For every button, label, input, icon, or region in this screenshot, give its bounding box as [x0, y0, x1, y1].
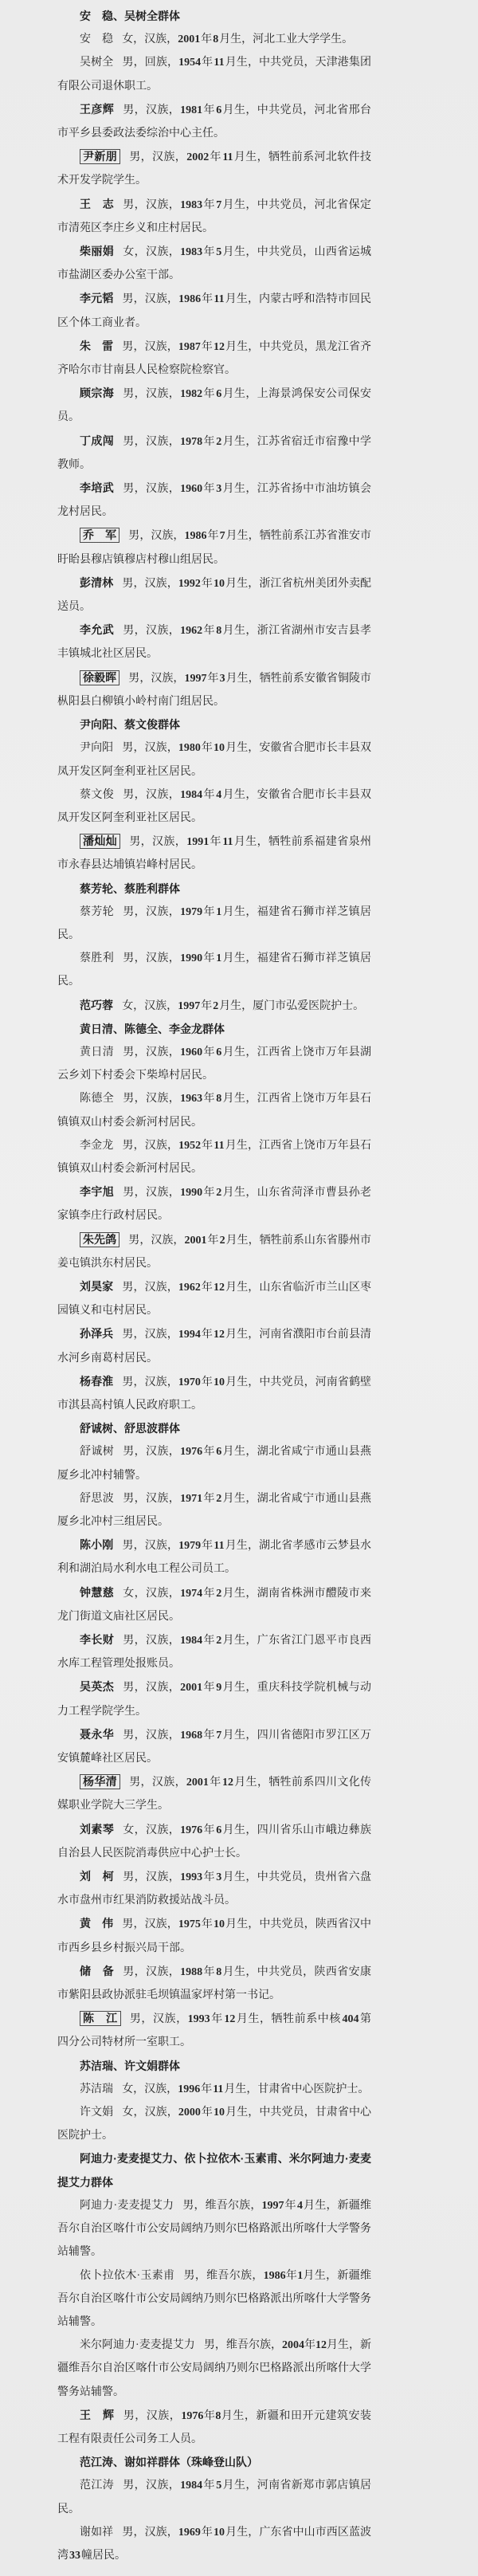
entry-paragraph: 许文娟女，汉族，2000 年 10 月生，中共党员，甘肃省中心医院护士。 [57, 2101, 371, 2147]
person-name-boxed: 尹新朋 [80, 149, 120, 164]
entry-paragraph: 舒诚树男，汉族，1976 年 6 月生，湖北省咸宁市通山县燕厦乡北冲村辅警。 [57, 1440, 371, 1486]
entry-paragraph: 尹向阳男，汉族，1980 年 10 月生，安徽省合肥市长丰县双凤开发区阿奎利亚社… [57, 736, 371, 783]
entry-paragraph: 李培武男，汉族，1960 年 3 月生，江苏省扬中市油坊镇会龙村居民。 [57, 477, 371, 524]
person-name: 蔡文俊 [80, 789, 114, 801]
entry-paragraph: 柴丽娟女，汉族，1983 年 5 月生，中共党员，山西省运城市盐湖区委办公室干部… [57, 240, 371, 287]
person-name: 范巧蓉 [80, 999, 113, 1011]
person-name: 钟慧慈 [80, 1586, 114, 1599]
person-name: 刘昊家 [80, 1280, 113, 1293]
entry-paragraph: 阿迪力·麦麦提艾力男，维吾尔族，1997 年 4 月生，新疆维吾尔自治区喀什市公… [57, 2194, 371, 2264]
entry-text: 女，汉族，1996 年 11 月生，甘肃省中心医院护士。 [122, 2083, 369, 2095]
person-name: 苏洁瑞 [80, 2083, 113, 2095]
person-name: 黄 伟 [80, 1917, 113, 1930]
entry-paragraph: 陈 江男，汉族，1993 年 12 月生，牺牲前系中核 404 第四分公司特材所… [57, 2007, 371, 2054]
entry-paragraph: 王 志男，汉族，1983 年 7 月生，中共党员，河北省保定市清苑区李庄乡义和庄… [57, 193, 371, 240]
person-name: 王 志 [80, 198, 114, 210]
person-name-boxed: 朱先鸽 [80, 1232, 119, 1247]
entry-paragraph: 顾宗海男，汉族，1982 年 6 月生，上海景鸿保安公司保安员。 [57, 382, 371, 429]
person-name: 李金龙 [80, 1140, 113, 1152]
entry-paragraph: 刘素琴女，汉族，1976 年 6 月生，四川省乐山市峨边彝族自治县人民医院消毒供… [57, 1818, 371, 1865]
group-heading: 安 稳、吴树全群体 [57, 5, 371, 28]
person-name: 李长财 [80, 1633, 114, 1646]
entry-paragraph: 李长财男，汉族，1984 年 2 月生，广东省江门恩平市良西水库工程管理处报账员… [57, 1628, 371, 1675]
group-heading: 黄日清、陈德全、李金龙群体 [57, 1018, 371, 1041]
entry-paragraph: 吴英杰男，汉族，2001 年 9 月生，重庆科技学院机械与动力工程学院学生。 [57, 1675, 371, 1722]
entry-paragraph: 杨华清男，汉族，2001 年 12 月生，牺牲前系四川文化传媒职业学院大三学生。 [57, 1770, 371, 1817]
person-name-boxed: 杨华清 [80, 1774, 120, 1789]
entry-paragraph: 舒思波男，汉族，1971 年 2 月生，湖北省咸宁市通山县燕厦乡北冲村三组居民。 [57, 1487, 371, 1533]
person-name: 朱 雷 [80, 340, 113, 352]
entry-paragraph: 黄日清男，汉族，1960 年 6 月生，江西省上饶市万年县湖云乡刘下村委会下柴埠… [57, 1041, 371, 1087]
entry-paragraph: 苏洁瑞女，汉族，1996 年 11 月生，甘肃省中心医院护士。 [57, 2078, 371, 2101]
person-name: 刘 柯 [80, 1870, 114, 1883]
person-name: 舒诚树 [80, 1446, 114, 1458]
entry-paragraph: 徐毅晖男，汉族，1997 年 3 月生，牺牲前系安徽省铜陵市枞阳县白柳镇小岭村南… [57, 666, 371, 713]
person-name: 李元韬 [80, 292, 113, 304]
person-name: 米尔阿迪力·麦麦提艾力 [80, 2339, 195, 2351]
person-name: 聂永华 [80, 1728, 114, 1741]
entry-paragraph: 蔡胜利男，汉族，1990 年 1 月生，福建省石狮市祥芝镇居民。 [57, 947, 371, 993]
person-name: 蔡胜利 [80, 952, 114, 964]
document-page: 安 稳、吴树全群体安 稳女，汉族，2001 年 8 月生，河北工业大学学生。吴树… [0, 0, 478, 2576]
entry-paragraph: 李宇旭男，汉族，1990 年 2 月生，山东省菏泽市曹县孙老家镇李庄行政村居民。 [57, 1180, 371, 1227]
person-name-boxed: 陈 江 [80, 2011, 121, 2026]
group-heading: 尹向阳、蔡文俊群体 [57, 713, 371, 736]
person-name: 杨春淮 [80, 1375, 113, 1388]
person-name: 李宇旭 [80, 1185, 114, 1198]
entry-paragraph: 蔡文俊男，汉族，1984 年 4 月生，安徽省合肥市长丰县双凤开发区阿奎利亚社区… [57, 783, 371, 830]
entry-paragraph: 刘昊家男，汉族，1962 年 12 月生，山东省临沂市兰山区枣园镇义和屯村居民。 [57, 1275, 371, 1322]
entry-paragraph: 米尔阿迪力·麦麦提艾力男，维吾尔族，2004年12月生，新疆维吾尔自治区喀什市公… [57, 2334, 371, 2404]
person-name: 陈德全 [80, 1093, 114, 1105]
entry-paragraph: 李金龙男，汉族，1952 年 11 月生，江西省上饶市万年县石镇镇双山村委会新河… [57, 1134, 371, 1180]
group-heading: 范江涛、谢如祥群体（珠峰登山队） [57, 2451, 371, 2474]
entry-paragraph: 聂永华男，汉族，1968 年 7 月生，四川省德阳市罗江区万安镇麓峰社区居民。 [57, 1723, 371, 1770]
entry-paragraph: 王彦辉男，汉族，1981 年 6 月生，中共党员，河北省邢台市平乡县委政法委综治… [57, 98, 371, 145]
entry-paragraph: 杨春淮男，汉族，1970 年 10 月生，中共党员，河南省鹤壁市淇县高村镇人民政… [57, 1370, 371, 1417]
entry-paragraph: 蔡芳轮男，汉族，1979 年 1 月生，福建省石狮市祥芝镇居民。 [57, 901, 371, 947]
entry-paragraph: 安 稳女，汉族，2001 年 8 月生，河北工业大学学生。 [57, 28, 371, 51]
person-name: 范江涛 [80, 2480, 114, 2492]
person-name: 王彦辉 [80, 103, 114, 116]
person-name: 安 稳 [80, 33, 113, 45]
entry-paragraph: 刘 柯男，汉族，1993 年 3 月生，中共党员，贵州省六盘水市盘州市红果消防救… [57, 1865, 371, 1912]
entry-paragraph: 孙泽兵男，汉族，1994 年 12 月生，河南省濮阳市台前县清水河乡南葛村居民。 [57, 1322, 371, 1369]
person-name: 许文娟 [80, 2107, 113, 2119]
person-name: 彭清林 [80, 576, 113, 589]
entry-paragraph: 黄 伟男，汉族，1975 年 10 月生，中共党员，陕西省汉中市西乡县乡村振兴局… [57, 1912, 371, 1959]
person-name: 舒思波 [80, 1493, 114, 1505]
person-name: 王 辉 [80, 2409, 115, 2421]
group-heading: 苏洁瑞、许文娟群体 [57, 2055, 371, 2078]
entry-paragraph: 朱先鸽男，汉族，2001 年 2 月生，牺牲前系山东省滕州市姜屯镇洪东村居民。 [57, 1228, 371, 1275]
person-name: 吴英杰 [80, 1680, 114, 1693]
entry-paragraph: 朱 雷男，汉族，1987 年 12 月生，中共党员，黑龙江省齐齐哈尔市甘南县人民… [57, 335, 371, 382]
group-heading: 舒诚树、舒思波群体 [57, 1417, 371, 1440]
person-name: 李允武 [80, 623, 114, 636]
person-name: 储 备 [80, 1965, 114, 1977]
entry-paragraph: 范江涛男，汉族，1984 年 5 月生，河南省新郑市郭店镇居民。 [57, 2474, 371, 2520]
person-name: 陈小刚 [80, 1538, 113, 1551]
entry-paragraph: 钟慧慈女，汉族，1974 年 2 月生，湖南省株洲市醴陵市来龙门街道文庙社区居民… [57, 1581, 371, 1628]
person-name-boxed: 乔 军 [80, 528, 119, 543]
entry-paragraph: 吴树全男，回族，1954 年 11 月生，中共党员，天津港集团有限公司退休职工。 [57, 51, 371, 97]
person-name-boxed: 徐毅晖 [80, 670, 119, 685]
person-name: 黄日清 [80, 1046, 114, 1058]
person-name: 李培武 [80, 481, 114, 494]
entry-paragraph: 陈德全男，汉族，1963 年 8 月生，江西省上饶市万年县石镇镇双山村委会新河村… [57, 1087, 371, 1133]
entry-paragraph: 储 备男，汉族，1988 年 8 月生，中共党员，陕西省安康市紫阳县政协派驻毛坝… [57, 1960, 371, 2007]
entry-paragraph: 李元韬男，汉族，1986 年 11 月生，内蒙古呼和浩特市回民区个体工商业者。 [57, 287, 371, 334]
person-name: 刘素琴 [80, 1823, 114, 1836]
person-name: 阿迪力·麦麦提艾力 [80, 2200, 174, 2212]
group-heading: 阿迪力·麦麦提艾力、依卜拉依木·玉素甫、米尔阿迪力·麦麦提艾力群体 [57, 2147, 371, 2193]
entry-paragraph: 谢如祥男，汉族，1969 年 10 月生，广东省中山市西区蓝波湾 33 幢居民。 [57, 2521, 371, 2567]
person-name: 柴丽娟 [80, 245, 114, 257]
person-name: 尹向阳 [80, 742, 113, 754]
group-heading: 蔡芳轮、蔡胜利群体 [57, 878, 371, 901]
entry-paragraph: 丁成闯男，汉族，1978 年 2 月生，江苏省宿迁市宿豫中学教师。 [57, 430, 371, 477]
entry-paragraph: 李允武男，汉族，1962 年 8 月生，浙江省湖州市安吉县孝丰镇城北社区居民。 [57, 618, 371, 666]
entry-text: 女，汉族，1997 年 2 月生，厦门市弘爱医院护士。 [122, 1000, 364, 1012]
entry-text: 女，汉族，2001 年 8 月生，河北工业大学学生。 [122, 33, 353, 45]
person-name-boxed: 潘灿灿 [80, 834, 120, 849]
entry-paragraph: 尹新朋男，汉族，2002 年 11 月生，牺牲前系河北软件技术开发学院学生。 [57, 145, 371, 192]
person-name: 吴树全 [80, 57, 113, 69]
entry-paragraph: 范巧蓉女，汉族，1997 年 2 月生，厦门市弘爱医院护士。 [57, 994, 371, 1018]
person-name: 蔡芳轮 [80, 906, 114, 918]
entry-paragraph: 依卜拉依木·玉素甫男，维吾尔族，1986年1月生，新疆维吾尔自治区喀什市公安局阔… [57, 2264, 371, 2334]
person-name: 顾宗海 [80, 387, 114, 399]
entry-paragraph: 彭清林男，汉族，1992 年 10 月生，浙江省杭州美团外卖配送员。 [57, 571, 371, 618]
person-name: 孙泽兵 [80, 1327, 113, 1340]
person-name: 丁成闯 [80, 434, 114, 447]
entry-paragraph: 王 辉男，汉族，1976年8月生，新疆和田开元建筑安装工程有限责任公司务工人员。 [57, 2404, 371, 2451]
entry-paragraph: 潘灿灿男，汉族，1991 年 11 月生，牺牲前系福建省泉州市永春县达埔镇岩峰村… [57, 830, 371, 877]
person-name: 谢如祥 [80, 2527, 113, 2539]
person-name: 依卜拉依木·玉素甫 [80, 2270, 174, 2282]
entry-paragraph: 陈小刚男，汉族，1979 年 11 月生，湖北省孝感市云梦县水利和湖泊局水利水电… [57, 1533, 371, 1581]
entry-paragraph: 乔 军男，汉族，1986 年 7 月生，牺牲前系江苏省淮安市盱眙县穆店镇穆店村穆… [57, 524, 371, 571]
